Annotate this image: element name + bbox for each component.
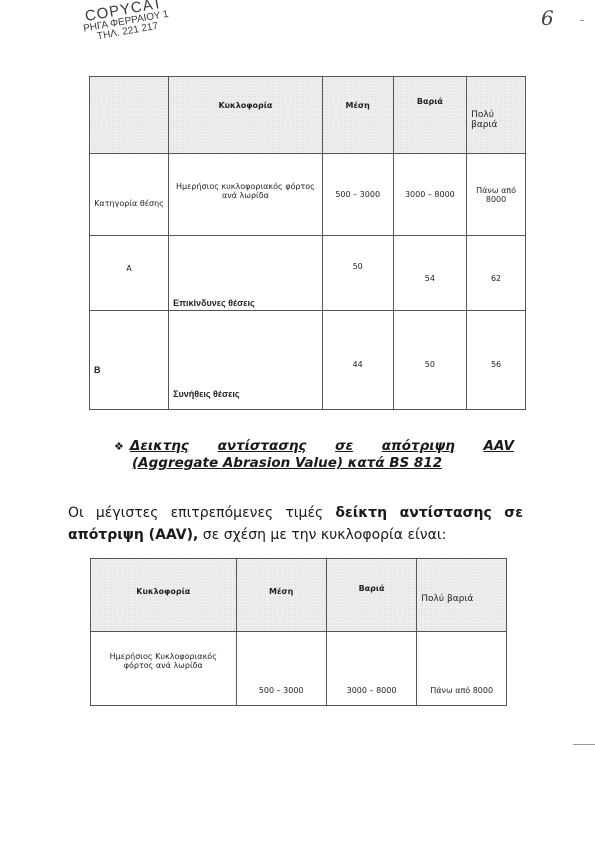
header-cell-traffic: Κυκλοφορία bbox=[169, 77, 323, 154]
table-row: Ημερήσιος Κυκλοφοριακός φόρτος ανά λωρίδ… bbox=[91, 632, 507, 706]
header-cell-very-heavy: Πολύ βαριά bbox=[467, 77, 526, 154]
heading-word: σε bbox=[335, 438, 353, 455]
header-cell-medium: Μέση bbox=[322, 77, 393, 154]
value-heavy-cell: 50 bbox=[393, 311, 467, 410]
traffic-medium-cell: 500 – 3000 bbox=[322, 154, 393, 236]
paragraph-text-after: σε σχέση με την κυκλοφορία είναι: bbox=[198, 527, 446, 543]
intro-paragraph: Οι μέγιστες επιτρεπόμενες τιμές δείκτη α… bbox=[68, 502, 523, 546]
traffic-description-cell: Ημερήσιος Κυκλοφοριακός φόρτος ανά λωρίδ… bbox=[91, 632, 237, 706]
value-medium-cell: 44 bbox=[322, 311, 393, 410]
heading-line-1: ❖Δεικτης αντίστασης σε απότριψη AAV bbox=[114, 438, 514, 455]
page-number: 6 bbox=[541, 6, 554, 30]
location-label-cell: Συνήθεις θέσεις bbox=[169, 311, 323, 410]
category-label-cell: Κατηγορία θέσης bbox=[90, 154, 169, 236]
heading-word: απότριψη bbox=[382, 438, 455, 455]
copycat-stamp: COPYCAT ΡΗΓΑ ΦΕΡΡΑΙΟΥ 1 ΤΗΛ. 221 217 bbox=[80, 0, 171, 44]
traffic-description-cell: Ημερήσιος κυκλοφοριακός φόρτος ανά λωρίδ… bbox=[169, 154, 323, 236]
value-very-heavy-cell: 62 bbox=[467, 236, 526, 311]
heading-word: AAV bbox=[484, 438, 514, 455]
header-cell-traffic: Κυκλοφορία bbox=[91, 559, 237, 632]
heading-line-2-text: (Aggregate Abrasion Value) κατά BS 812 bbox=[132, 455, 442, 471]
section-heading: ❖Δεικτης αντίστασης σε απότριψη AAV (Agg… bbox=[114, 438, 514, 472]
scan-mark bbox=[580, 20, 584, 21]
aav-traffic-table: Κυκλοφορία Μέση Βαριά Πολύ βαριά Ημερήσι… bbox=[90, 558, 507, 706]
header-cell-very-heavy: Πολύ βαριά bbox=[417, 559, 507, 632]
traffic-heavy-cell: 3000 – 8000 bbox=[393, 154, 467, 236]
heading-word: αντίστασης bbox=[218, 438, 307, 455]
category-cell: Β bbox=[90, 311, 169, 410]
wear-value-table: Κυκλοφορία Μέση Βαριά Πολύ βαριά Κατηγορ… bbox=[89, 76, 526, 410]
scan-mark bbox=[573, 744, 595, 745]
table-row: Β Συνήθεις θέσεις 44 50 56 bbox=[90, 311, 526, 410]
value-very-heavy-cell: 56 bbox=[467, 311, 526, 410]
traffic-medium-cell: 500 – 3000 bbox=[236, 632, 326, 706]
header-cell-heavy: Βαριά bbox=[326, 559, 416, 632]
category-cell: Α bbox=[90, 236, 169, 311]
diamond-bullet-icon: ❖ bbox=[114, 440, 124, 453]
header-cell-medium: Μέση bbox=[236, 559, 326, 632]
table-header-row: Κυκλοφορία Μέση Βαριά Πολύ βαριά bbox=[90, 77, 526, 154]
heading-first-word-group: ❖Δεικτης bbox=[114, 438, 189, 455]
location-label-cell: Επικίνδυνες θέσεις bbox=[169, 236, 323, 311]
traffic-very-heavy-cell: Πάνω από 8000 bbox=[467, 154, 526, 236]
table-row: Α Επικίνδυνες θέσεις 50 54 62 bbox=[90, 236, 526, 311]
paragraph-text-before: Οι μέγιστες επιτρεπόμενες τιμές bbox=[68, 505, 335, 521]
heading-word: Δεικτης bbox=[130, 438, 189, 454]
heading-line-2: (Aggregate Abrasion Value) κατά BS 812 bbox=[114, 455, 514, 472]
value-heavy-cell: 54 bbox=[393, 236, 467, 311]
table-row-traffic-load: Κατηγορία θέσης Ημερήσιος κυκλοφοριακός … bbox=[90, 154, 526, 236]
traffic-very-heavy-cell: Πάνω από 8000 bbox=[417, 632, 507, 706]
traffic-heavy-cell: 3000 – 8000 bbox=[326, 632, 416, 706]
value-medium-cell: 50 bbox=[322, 236, 393, 311]
header-cell-empty bbox=[90, 77, 169, 154]
header-cell-heavy: Βαριά bbox=[393, 77, 467, 154]
table-header-row: Κυκλοφορία Μέση Βαριά Πολύ βαριά bbox=[91, 559, 507, 632]
